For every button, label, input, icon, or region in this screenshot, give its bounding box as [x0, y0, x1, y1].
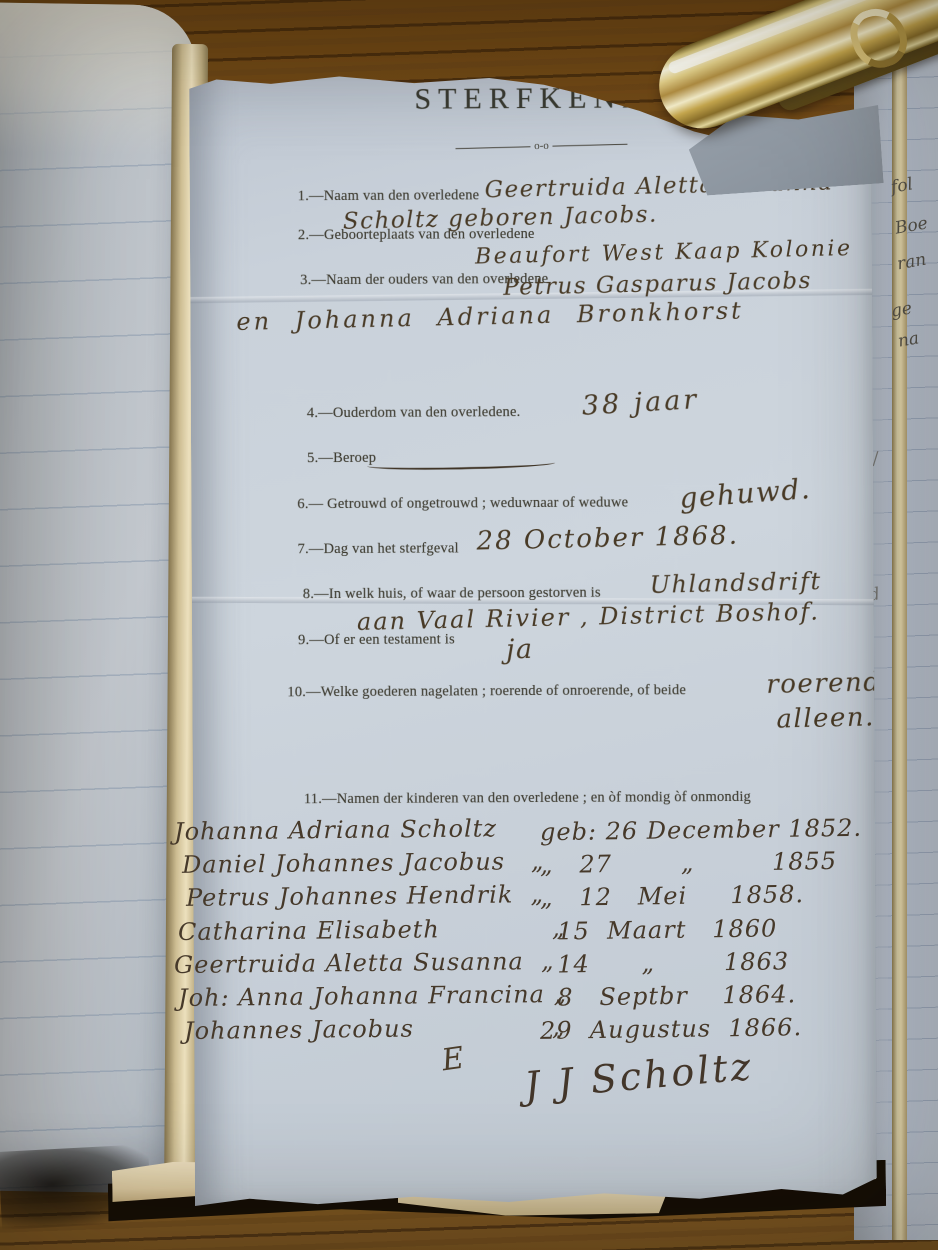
- handwritten-answer: Uhlandsdrift: [649, 567, 821, 599]
- child-name: Geertruida Aletta Susanna „: [174, 947, 555, 979]
- form-item-label: 2.—Geboorteplaats van den overledene: [298, 226, 535, 244]
- child-name: Joh: Anna Johanna Francina „: [178, 980, 567, 1012]
- handwritten-answer: en Johanna Adriana Bronkhorst: [236, 296, 744, 336]
- form-item-label: 1.—Naam van den overledene: [298, 187, 480, 205]
- signature-flourish: E: [440, 1041, 467, 1079]
- child-row: Johannes Jacobus „ 29 Augustus 1866.: [168, 1015, 874, 1047]
- child-name: Catharina Elisabeth „: [178, 914, 566, 946]
- handwritten-answer: ja: [506, 634, 534, 666]
- child-birthdate: geb: 26 December 1852.: [540, 814, 862, 846]
- child-birthdate: 8 Septbr 1864.: [540, 980, 796, 1012]
- child-birthdate: 15 Maart 1860: [540, 914, 778, 945]
- handwritten-answer: 28 October 1868.: [476, 521, 739, 557]
- child-row: Geertruida Aletta Susanna „ 14 „ 1863: [168, 949, 874, 981]
- child-row: Petrus Johannes Hendrik „ „ 12 Mei 1858.: [168, 882, 874, 914]
- handwritten-blank-line: [367, 458, 555, 472]
- bulldog-clip: [640, 0, 938, 230]
- handwritten-answer: 38 jaar: [581, 384, 700, 422]
- child-name: Johanna Adriana Scholtz: [174, 814, 497, 845]
- signature: J J Scholtz: [523, 1044, 756, 1108]
- handwritten-answer: alleen.: [776, 702, 875, 734]
- form-item-label: 7.—Dag van het sterfgeval: [298, 540, 459, 558]
- child-birthdate: 14 „ 1863: [540, 947, 789, 978]
- form-item-label: 8.—In welk huis, of waar de persoon gest…: [303, 585, 601, 604]
- child-row: Johanna Adriana Scholtz geb: 26 December…: [168, 816, 874, 848]
- form-item-label: 11.—Namen der kinderen van den overleden…: [304, 789, 751, 808]
- divider-mark: o-o: [530, 142, 553, 151]
- child-name: Johannes Jacobus „: [184, 1013, 566, 1045]
- child-name: Daniel Johannes Jacobus „: [182, 847, 545, 879]
- form-item-label: 6.— Getrouwd of ongetrouwd ; weduwnaar o…: [297, 494, 628, 513]
- child-row: Catharina Elisabeth „ 15 Maart 1860: [168, 916, 874, 948]
- divider-line: [455, 146, 530, 149]
- form-item-label: 4.—Ouderdom van den overledene.: [307, 404, 521, 422]
- child-row: Joh: Anna Johanna Francina „ 8 Septbr 18…: [168, 982, 874, 1014]
- child-birthdate: 29 Augustus 1866.: [540, 1013, 802, 1045]
- handwriting-fragment: ran: [895, 250, 927, 275]
- form-item-label: 5.—Beroep: [307, 450, 376, 467]
- title-divider: o-o: [455, 140, 627, 152]
- handwriting-fragment: na: [896, 328, 920, 351]
- handwritten-answer: gehuwd.: [678, 472, 812, 515]
- child-birthdate: „ 12 Mei 1858.: [540, 880, 804, 912]
- form-item-label: 10.—Welke goederen nagelaten ; roerende …: [287, 682, 686, 701]
- child-birthdate: „ 27 „ 1855: [540, 847, 837, 879]
- handwriting-fragment: ge: [889, 298, 913, 321]
- children-list: Johanna Adriana Scholtz geb: 26 December…: [168, 816, 874, 1136]
- photograph-of-death-notice: fol Boe ran ge na nd 8/ STERFKENNIS. o-o…: [0, 0, 938, 1250]
- divider-line: [553, 143, 628, 146]
- form-item-label: 9.—Of er een testament is: [298, 631, 455, 649]
- child-name: Petrus Johannes Hendrik „: [186, 880, 544, 912]
- child-row: Daniel Johannes Jacobus „ „ 27 „ 1855: [168, 849, 874, 881]
